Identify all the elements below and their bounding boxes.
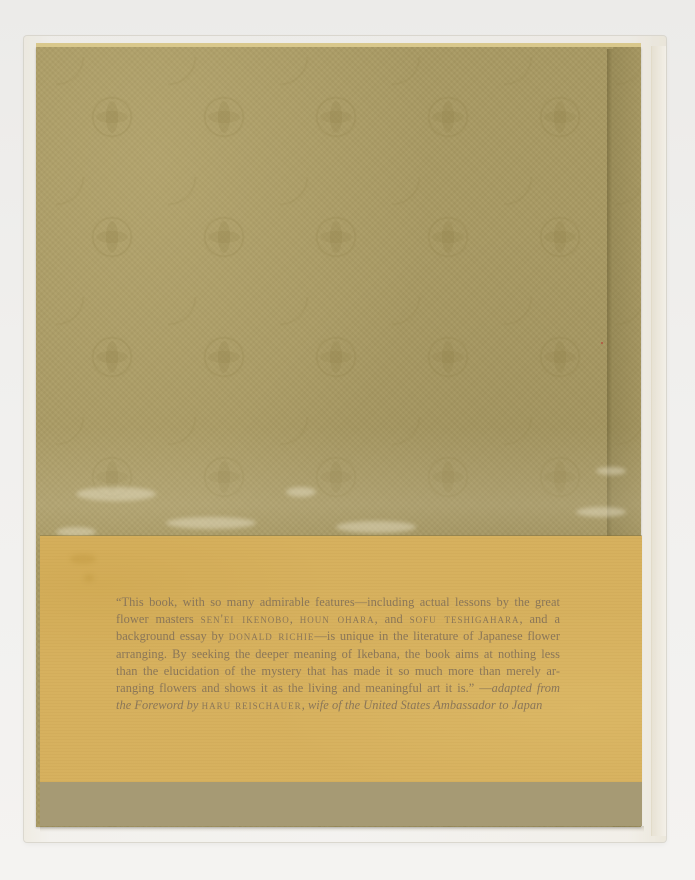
stain xyxy=(84,574,94,582)
blurb-text: “This book, with so many admirable featu… xyxy=(116,594,560,714)
glare xyxy=(336,521,416,533)
stain xyxy=(70,554,96,564)
blurb-segment: —is unique in the literature of Japanese… xyxy=(314,629,560,643)
blurb-segment: wife of the United States Ambassador to … xyxy=(308,698,542,712)
blurb-segment: arranging. By seeking the deeper meaning… xyxy=(116,647,560,661)
blurb-line: “This book, with so many admirable featu… xyxy=(116,594,560,611)
blurb-line: than the elucidation of the mystery that… xyxy=(116,663,560,680)
book-bottom-cloth xyxy=(40,782,642,826)
glare xyxy=(76,487,156,501)
blurb-line: the Foreword by Haru Reischauer, wife of… xyxy=(116,697,560,714)
blurb-line: flower masters Sen'ei Ikenobo, Houn Ohar… xyxy=(116,611,560,628)
blurb-segment: adapted from xyxy=(492,681,560,695)
name-small-caps: Houn Ohara xyxy=(300,612,375,626)
blurb-segment: flower masters xyxy=(116,612,201,626)
blurb-segment: “This book, with so many admirable featu… xyxy=(116,595,560,609)
glare xyxy=(596,467,626,475)
name-small-caps: Sofu Teshigahara xyxy=(410,612,520,626)
name-small-caps: Donald Richie xyxy=(229,629,315,643)
glare xyxy=(576,507,626,517)
glare xyxy=(286,487,316,497)
blurb-line: background essay by Donald Richie—is uni… xyxy=(116,628,560,645)
blurb-segment: ranging flowers and shows it as the livi… xyxy=(116,681,492,695)
blurb-segment: than the elucidation of the mystery that… xyxy=(116,664,560,678)
blurb-segment: , and a xyxy=(519,612,560,626)
sleeve-edge xyxy=(651,46,666,836)
glare xyxy=(166,517,256,529)
name-small-caps: Sen'ei Ikenobo xyxy=(201,612,290,626)
blurb-segment: background essay by xyxy=(116,629,229,643)
blurb-line: arranging. By seeking the deeper meaning… xyxy=(116,646,560,663)
red-speck xyxy=(601,342,603,344)
blurb-segment: the Foreword by xyxy=(116,698,202,712)
belly-band: “This book, with so many admirable featu… xyxy=(40,536,642,782)
blurb-line: ranging flowers and shows it as the livi… xyxy=(116,680,560,697)
name-small-caps: Haru Reischauer xyxy=(202,698,302,712)
blurb-segment: , xyxy=(290,612,300,626)
blurb-segment: , and xyxy=(375,612,410,626)
book-shadow xyxy=(40,826,644,832)
